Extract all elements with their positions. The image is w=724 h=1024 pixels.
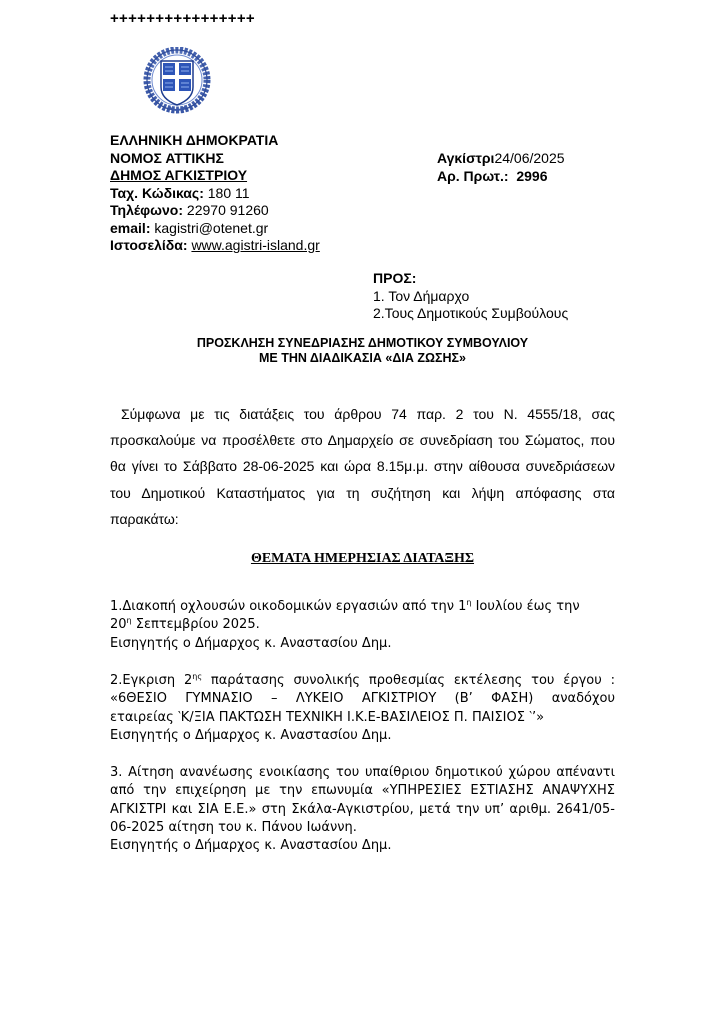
agenda-list: 1.Διακοπή οχλουσών οικοδομικών εργασιών … <box>110 598 615 874</box>
agenda-heading: ΘΕΜΑΤΑ ΗΜΕΡΗΣΙΑΣ ΔΙΑΤΑΞΗΣ <box>110 551 615 567</box>
recipients-label: ΠΡΟΣ: <box>373 270 568 288</box>
top-marker: ++++++++++++++++ <box>110 10 255 27</box>
rapporteur: Εισηγητής ο Δήμαρχος κ. Αναστασίου Δημ. <box>110 635 615 653</box>
document-title: ΠΡΟΣΚΛΗΣΗ ΣΥΝΕΔΡΙΑΣΗΣ ΔΗΜΟΤΙΚΟΥ ΣΥΜΒΟΥΛΙ… <box>110 336 615 366</box>
recipient-item: 2.Τους Δημοτικούς Συμβούλους <box>373 305 568 323</box>
phone: Τηλέφωνο: 22970 91260 <box>110 202 320 220</box>
recipient-item: 1. Τον Δήμαρχο <box>373 288 568 306</box>
protocol-number: Αρ. Πρωτ.: 2996 <box>437 168 565 186</box>
prefecture-name: ΝΟΜΟΣ ΑΤΤΙΚΗΣ <box>110 150 320 168</box>
agenda-item: 3. Αίτηση ανανέωσης ενοικίασης του υπαίθ… <box>110 764 615 856</box>
agenda-item: 2.Εγκριση 2ης παράτασης συνολικής προθεσ… <box>110 672 615 746</box>
document-meta: Αγκίστρι24/06/2025 Αρ. Πρωτ.: 2996 <box>437 150 565 185</box>
title-line: ΜΕ ΤΗΝ ΔΙΑΔΙΚΑΣΙΑ «ΔΙΑ ΖΩΣΗΣ» <box>110 351 615 366</box>
country-name: ΕΛΛΗΝΙΚΗ ΔΗΜΟΚΡΑΤΙΑ <box>110 132 320 150</box>
recipients-block: ΠΡΟΣ: 1. Τον Δήμαρχο 2.Τους Δημοτικούς Σ… <box>373 270 568 323</box>
greek-coat-of-arms-icon <box>143 47 211 115</box>
agenda-item: 1.Διακοπή οχλουσών οικοδομικών εργασιών … <box>110 598 615 653</box>
sender-block: ΕΛΛΗΝΙΚΗ ΔΗΜΟΚΡΑΤΙΑ ΝΟΜΟΣ ΑΤΤΙΚΗΣ ΔΗΜΟΣ … <box>110 132 320 255</box>
body-paragraph: Σύμφωνα με τις διατάξεις του άρθρου 74 π… <box>110 401 615 532</box>
municipality-name: ΔΗΜΟΣ ΑΓΚΙΣΤΡΙΟΥ <box>110 167 320 185</box>
email: email: kagistri@otenet.gr <box>110 220 320 238</box>
postal-code: Ταχ. Κώδικας: 180 11 <box>110 185 320 203</box>
rapporteur: Εισηγητής ο Δήμαρχος κ. Αναστασίου Δημ. <box>110 837 615 855</box>
website: Ιστοσελίδα: www.agistri-island.gr <box>110 237 320 255</box>
website-link[interactable]: www.agistri-island.gr <box>191 237 319 253</box>
title-line: ΠΡΟΣΚΛΗΣΗ ΣΥΝΕΔΡΙΑΣΗΣ ΔΗΜΟΤΙΚΟΥ ΣΥΜΒΟΥΛΙ… <box>110 336 615 351</box>
rapporteur: Εισηγητής ο Δήμαρχος κ. Αναστασίου Δημ. <box>110 727 615 745</box>
place-date: Αγκίστρι24/06/2025 <box>437 150 565 168</box>
